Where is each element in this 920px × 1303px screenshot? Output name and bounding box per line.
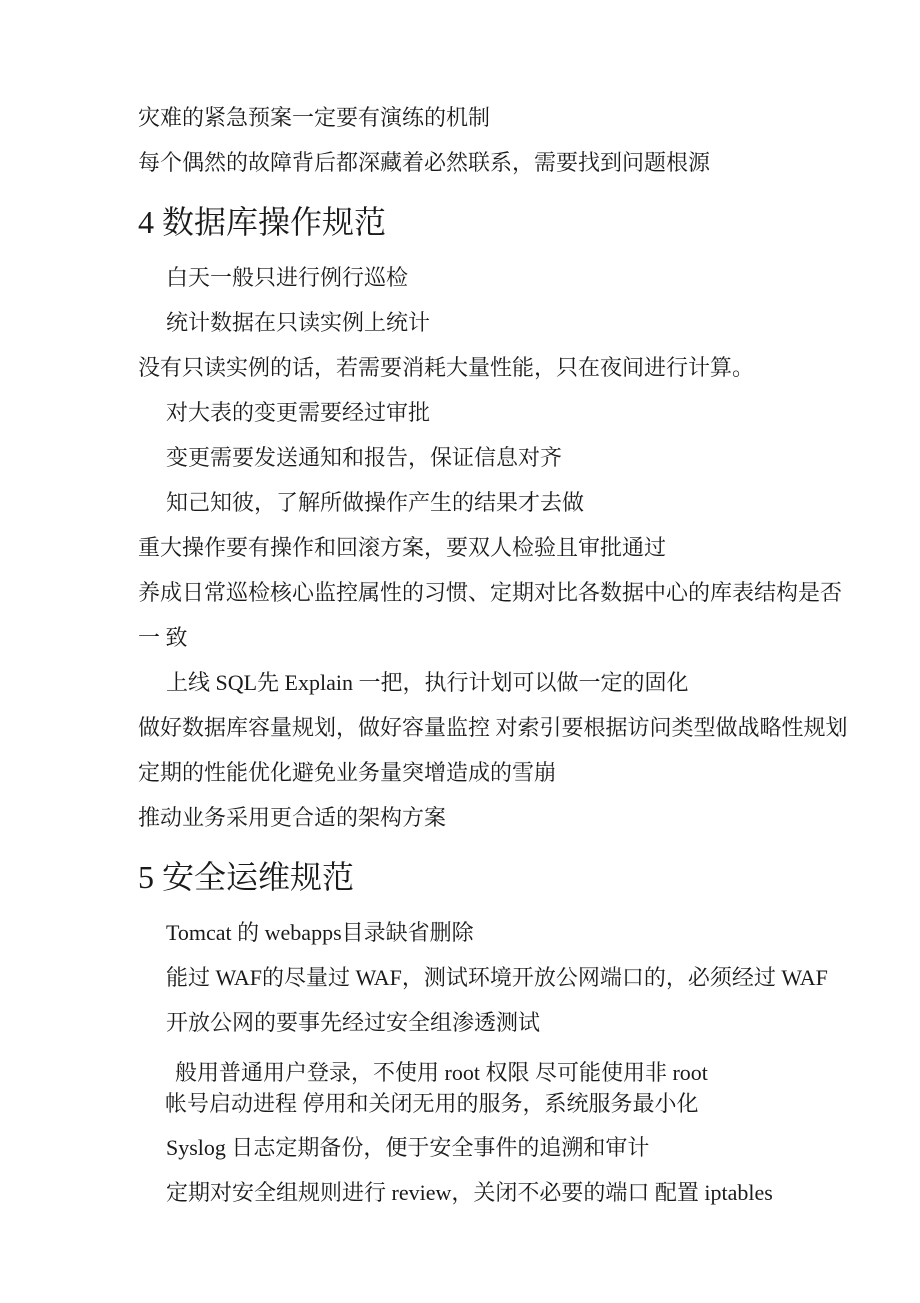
para-security-group-review: 定期对安全组规则进行 review，关闭不必要的端口 配置 iptables [166,1170,820,1215]
para-change-notification: 变更需要发送通知和报告，保证信息对齐 [166,435,820,480]
para-no-readonly-instance: 没有只读实例的话，若需要消耗大量性能，只在夜间进行计算。 [138,345,820,390]
para-root-account-block: 般用普通用户登录，不使用 root 权限 尽可能使用非 root 帐号启动进程 … [165,1057,820,1119]
para-large-table-approval: 对大表的变更需要经过审批 [166,390,820,435]
para-root-account-1: 般用普通用户登录，不使用 root 权限 尽可能使用非 root [165,1057,820,1088]
para-daily-inspection-habit-1: 养成日常巡检核心监控属性的习惯、定期对比各数据中心的库表结构是否 [138,570,820,615]
para-tomcat-webapps: Tomcat 的 webapps目录缺省删除 [166,910,820,955]
para-performance-optimization: 定期的性能优化避免业务量突增造成的雪崩 [138,750,820,795]
para-emergency-drill: 灾难的紧急预案一定要有演练的机制 [138,95,820,140]
para-architecture-push: 推动业务采用更合适的架构方案 [138,795,820,840]
para-waf: 能过 WAF的尽量过 WAF，测试环境开放公网端口的，必须经过 WAF [166,955,820,1000]
para-pentest: 开放公网的要事先经过安全组渗透测试 [166,1000,820,1045]
heading-security-ops: 5 安全运维规范 [138,852,820,902]
para-readonly-stats: 统计数据在只读实例上统计 [166,300,820,345]
para-sql-explain: 上线 SQL先 Explain 一把，执行计划可以做一定的固化 [166,660,820,705]
document-page: 灾难的紧急预案一定要有演练的机制 每个偶然的故障背后都深藏着必然联系，需要找到问… [0,0,920,1303]
para-major-ops-rollback: 重大操作要有操作和回滚方案，要双人检验且审批通过 [138,525,820,570]
para-syslog-backup: Syslog 日志定期备份，便于安全事件的追溯和审计 [166,1125,820,1170]
heading-database-ops: 4 数据库操作规范 [138,197,820,247]
para-know-results: 知己知彼，了解所做操作产生的结果才去做 [166,480,820,525]
para-root-account-2: 帐号启动进程 停用和关闭无用的服务，系统服务最小化 [165,1088,820,1119]
para-daily-inspection-habit-2: 一 致 [138,615,820,660]
para-root-cause: 每个偶然的故障背后都深藏着必然联系，需要找到问题根源 [138,140,820,185]
para-capacity-planning: 做好数据库容量规划，做好容量监控 对索引要根据访问类型做战略性规划 [138,705,820,750]
para-daytime-inspection: 白天一般只进行例行巡检 [166,255,820,300]
